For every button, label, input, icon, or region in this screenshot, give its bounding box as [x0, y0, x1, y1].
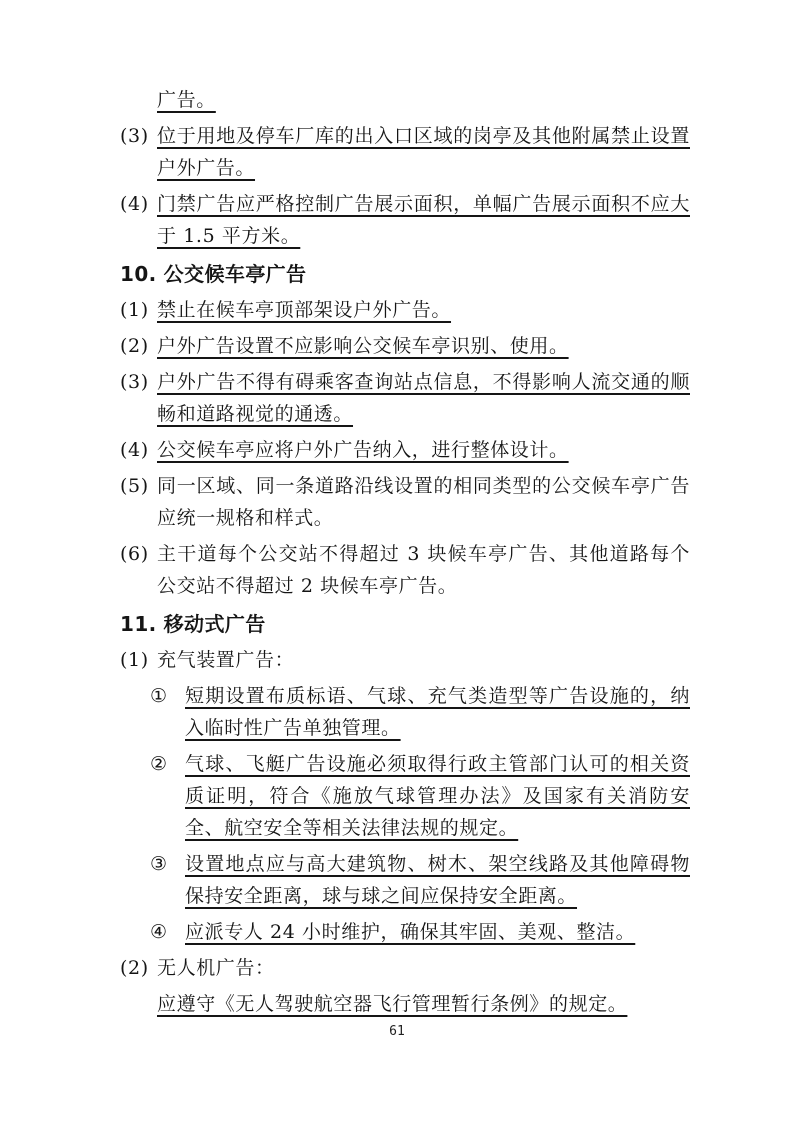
list-item: (3)位于用地及停车厂库的出入口区域的岗亭及其他附属禁止设置户外广告。 [120, 120, 690, 184]
section-title: 移动式广告 [164, 612, 266, 636]
item-marker: (1) [120, 294, 157, 326]
item-text: 公交候车亭应将户外广告纳入，进行整体设计。 [157, 434, 690, 466]
section-number: 11. [120, 612, 157, 636]
item-marker: (3) [120, 120, 157, 184]
item-marker: (2) [120, 952, 157, 984]
item-text: 门禁广告应严格控制广告展示面积，单幅广告展示面积不应大于 1.5 平方米。 [157, 188, 690, 252]
item-text: 禁止在候车亭顶部架设户外广告。 [157, 294, 690, 326]
page-number: 61 [389, 1024, 405, 1039]
section-heading: 11.移动式广告 [120, 608, 690, 640]
item-marker: (6) [120, 538, 157, 602]
item-text: 同一区域、同一条道路沿线设置的相同类型的公交候车亭广告应统一规格和样式。 [157, 470, 690, 534]
item-marker: (2) [120, 330, 157, 362]
section-heading: 10.公交候车亭广告 [120, 258, 690, 290]
list-item: (1)充气装置广告： [120, 644, 690, 676]
item-marker: (1) [120, 644, 157, 676]
item-marker: ② [150, 748, 185, 844]
item-text: 短期设置布质标语、气球、充气类造型等广告设施的，纳入临时性广告单独管理。 [185, 680, 690, 744]
item-text: 户外广告设置不应影响公交候车亭识别、使用。 [157, 330, 690, 362]
item-text: 位于用地及停车厂库的出入口区域的岗亭及其他附属禁止设置户外广告。 [157, 120, 690, 184]
paragraph-continuation: 广告。 [157, 84, 690, 116]
section-number: 10. [120, 262, 157, 286]
item-marker: (5) [120, 470, 157, 534]
item-text: 主干道每个公交站不得超过 3 块候车亭广告、其他道路每个公交站不得超过 2 块候… [157, 538, 690, 602]
item-text: 无人机广告： [157, 952, 690, 984]
list-item: (4)公交候车亭应将户外广告纳入，进行整体设计。 [120, 434, 690, 466]
page-footer: 61 [0, 1024, 794, 1039]
section-title: 公交候车亭广告 [164, 262, 307, 286]
document-body: 广告。(3)位于用地及停车厂库的出入口区域的岗亭及其他附属禁止设置户外广告。(4… [120, 84, 690, 1024]
sub-list-item: ①短期设置布质标语、气球、充气类造型等广告设施的，纳入临时性广告单独管理。 [150, 680, 690, 744]
list-item: (6)主干道每个公交站不得超过 3 块候车亭广告、其他道路每个公交站不得超过 2… [120, 538, 690, 602]
list-item: (3)户外广告不得有碍乘客查询站点信息，不得影响人流交通的顺畅和道路视觉的通透。 [120, 366, 690, 430]
item-marker: (4) [120, 188, 157, 252]
item-text: 应派专人 24 小时维护，确保其牢固、美观、整洁。 [185, 916, 690, 948]
list-item: (5)同一区域、同一条道路沿线设置的相同类型的公交候车亭广告应统一规格和样式。 [120, 470, 690, 534]
sub-list-item: ②气球、飞艇广告设施必须取得行政主管部门认可的相关资质证明，符合《施放气球管理办… [150, 748, 690, 844]
sub-list-item: ③设置地点应与高大建筑物、树木、架空线路及其他障碍物保持安全距离，球与球之间应保… [150, 848, 690, 912]
list-item: (1)禁止在候车亭顶部架设户外广告。 [120, 294, 690, 326]
paragraph-continuation: 应遵守《无人驾驶航空器飞行管理暂行条例》的规定。 [157, 988, 690, 1020]
list-item: (2)无人机广告： [120, 952, 690, 984]
item-marker: ① [150, 680, 185, 744]
item-marker: ③ [150, 848, 185, 912]
list-item: (2)户外广告设置不应影响公交候车亭识别、使用。 [120, 330, 690, 362]
document-page: { "document": { "blocks": [ { "kind": "c… [0, 0, 794, 1122]
item-marker: (3) [120, 366, 157, 430]
sub-list-item: ④应派专人 24 小时维护，确保其牢固、美观、整洁。 [150, 916, 690, 948]
list-item: (4)门禁广告应严格控制广告展示面积，单幅广告展示面积不应大于 1.5 平方米。 [120, 188, 690, 252]
item-text: 户外广告不得有碍乘客查询站点信息，不得影响人流交通的顺畅和道路视觉的通透。 [157, 366, 690, 430]
item-text: 设置地点应与高大建筑物、树木、架空线路及其他障碍物保持安全距离，球与球之间应保持… [185, 848, 690, 912]
item-marker: ④ [150, 916, 185, 948]
item-marker: (4) [120, 434, 157, 466]
item-text: 充气装置广告： [157, 644, 690, 676]
item-text: 气球、飞艇广告设施必须取得行政主管部门认可的相关资质证明，符合《施放气球管理办法… [185, 748, 690, 844]
